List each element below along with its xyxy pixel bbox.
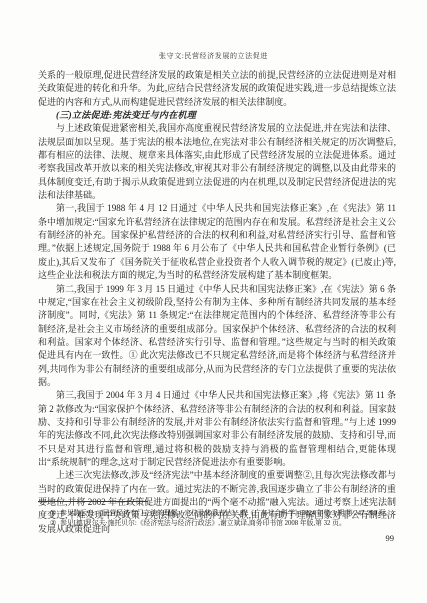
article-body: 关系的一般原理,促进民营经济发展的政策是相关立法的前提,民营经济的立法促进则是对… [38,69,396,536]
paragraph-continuation: 关系的一般原理,促进民营经济发展的政策是相关立法的前提,民营经济的立法促进则是对… [38,69,396,109]
section-subheading: (三)立法促进:宪法变迁与内在机理 [38,109,396,122]
paragraph: 第二,我国于 1999 年 3 月 15 日通过《中华人民共和国宪法修正案》,在… [38,283,396,390]
footnote-text: 参见[德]罗尔夫·施托贝尔:《经济宪法与经济行政法》,谢立斌译,商务印书馆 20… [60,519,396,529]
page-number: 99 [386,533,395,543]
footnote-marker: ① [50,509,56,519]
paragraph: 第一,我国于 1988 年 4 月 12 日通过《中华人民共和国宪法修正案》,在… [38,202,396,282]
running-header: 张守文:民营经济发展的立法促进 [0,51,427,61]
footnote: ① 参见陈云良:《民营经济专门立法的理据、定位及体系表达》,载《广东社会科学》2… [38,509,396,519]
journal-page: 张守文:民营经济发展的立法促进 关系的一般原理,促进民营经济发展的政策是相关立法… [0,0,427,603]
footnote-marker: ② [50,519,56,529]
footnote-area: ① 参见陈云良:《民营经济专门立法的理据、定位及体系表达》,载《广东社会科学》2… [38,501,396,529]
paragraph: 第三,我国于 2004 年 3 月 4 日通过《中华人民共和国宪法修正案》,将《… [38,389,396,469]
footnote: ② 参见[德]罗尔夫·施托贝尔:《经济宪法与经济行政法》,谢立斌译,商务印书馆 … [38,519,396,529]
footnote-divider [38,501,148,502]
footnote-text: 参见陈云良:《民营经济专门立法的理据、定位及体系表达》,载《广东社会科学》202… [60,509,396,519]
paragraph: 与上述政策促进紧密相关,我国亦高度重视民营经济发展的立法促进,并在宪法和法律、法… [38,122,396,202]
